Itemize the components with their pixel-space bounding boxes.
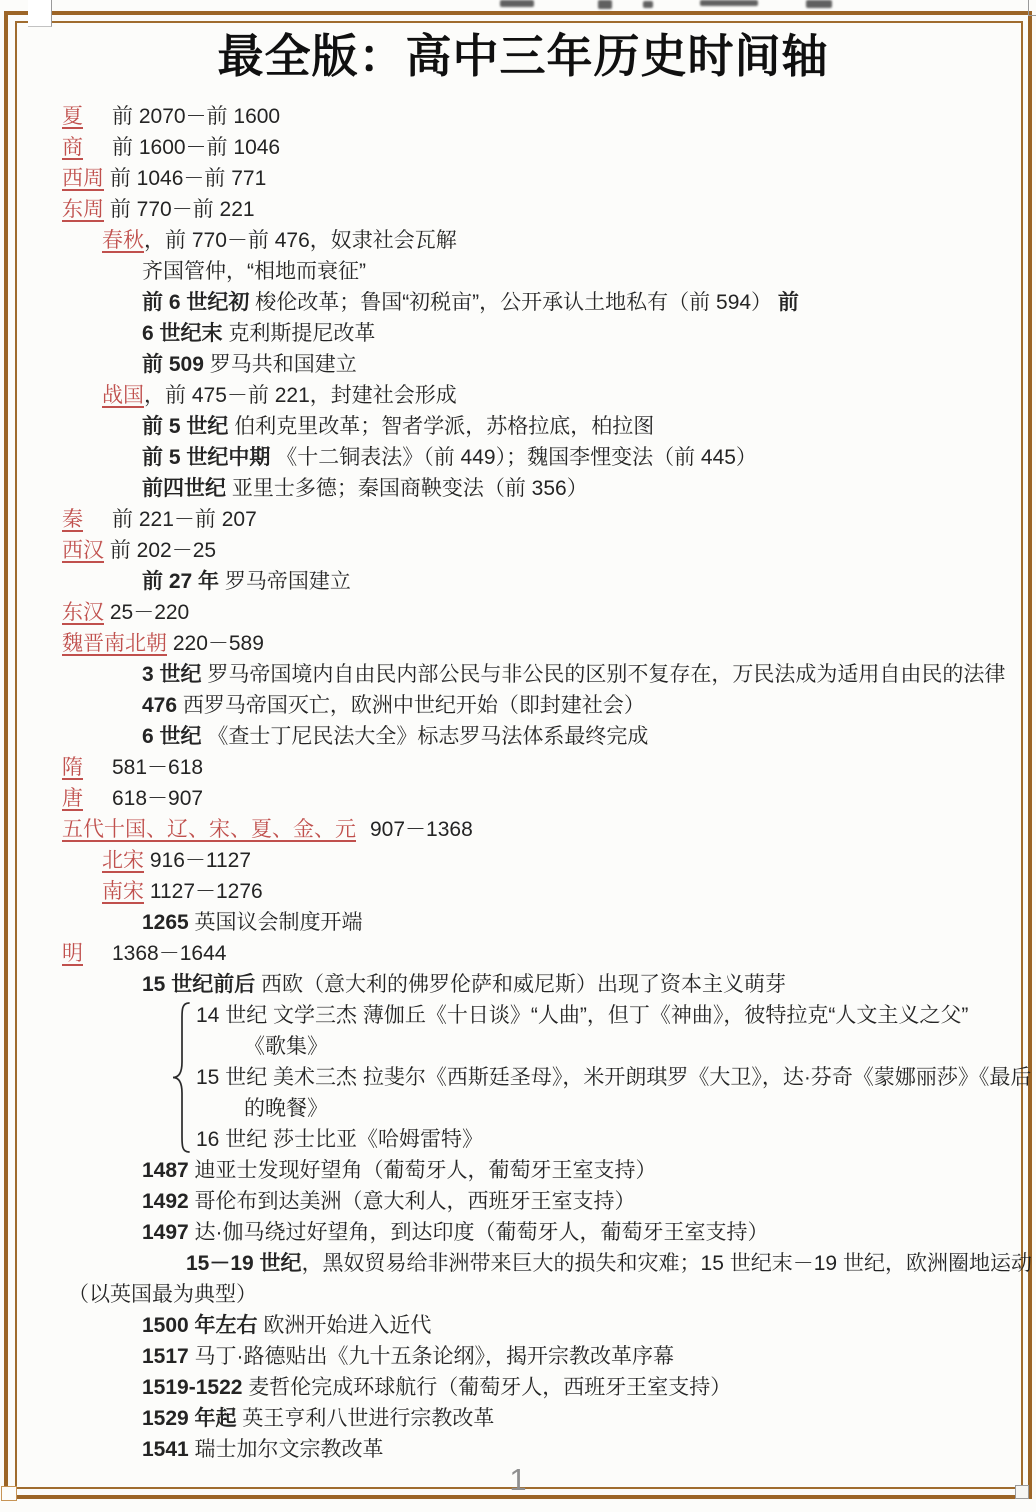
timeline-text: 罗马帝国建立: [219, 570, 351, 593]
timeline-row: 前四世纪 亚里士多德；秦国商鞅变法（前 356）: [28, 473, 1018, 504]
timeline-row: 魏晋南北朝 220－589: [28, 628, 1018, 659]
timeline-row: 15 世纪 美术三杰 拉斐尔《西斯廷圣母》，米开朗琪罗《大卫》，达·芬奇《蒙娜丽…: [194, 1062, 1031, 1093]
timeline-text: 马丁·路德贴出《九十五条论纲》，揭开宗教改革序幕: [189, 1345, 674, 1368]
timeline-text: （以英国最为典型）: [68, 1283, 257, 1306]
timeline-row: （以英国最为典型）: [28, 1279, 1018, 1310]
timeline-row: 1497 达·伽马绕过好望角，到达印度（葡萄牙人，葡萄牙王室支持）: [28, 1217, 1018, 1248]
timeline-row: 1541 瑞士加尔文宗教改革: [28, 1434, 1018, 1465]
timeline-text: 1127－1276: [144, 880, 263, 903]
timeline-text: 前 1046－前 771: [104, 167, 266, 190]
timeline-row: 1487 迪亚士发现好望角（葡萄牙人，葡萄牙王室支持）: [28, 1155, 1018, 1186]
timeline-text: 英国议会制度开端: [189, 911, 363, 934]
timeline-row: 西汉 前 202－25: [28, 535, 1018, 566]
timeline-text: 梭伦改革；鲁国“初税亩”，公开承认土地私有（前 594）: [249, 291, 772, 314]
timeline-row: 隋581－618: [28, 752, 1018, 783]
timeline-text: 前 5 世纪中期: [142, 446, 270, 469]
timeline-row: 6 世纪 《查士丁尼民法大全》标志罗马法体系最终完成: [28, 721, 1018, 752]
timeline-row: 前 509 罗马共和国建立: [28, 349, 1018, 380]
timeline-text: 1265: [142, 911, 189, 934]
timeline-row: 北宋 916－1127: [28, 845, 1018, 876]
dynasty-name: 五代十国、辽、宋、夏、金、元: [62, 818, 356, 841]
renaissance-brace-group: 14 世纪 文学三杰 薄伽丘《十日谈》“人曲”，但丁《神曲》，彼特拉克“人文主义…: [28, 1000, 1018, 1155]
page-title: 最全版：高中三年历史时间轴: [28, 20, 1018, 86]
timeline-row: 1265 英国议会制度开端: [28, 907, 1018, 938]
timeline-text: 的晚餐》: [244, 1097, 328, 1120]
timeline-row: 唐618－907: [28, 783, 1018, 814]
timeline-text: 瑞士加尔文宗教改革: [189, 1438, 384, 1461]
timeline-row: 15－19 世纪，黑奴贸易给非洲带来巨大的损失和灾难；15 世纪末－19 世纪，…: [28, 1248, 1018, 1279]
timeline-text: 罗马帝国境内自由民内部公民与非公民的区别不复存在，万民法成为适用自由民的法律: [202, 663, 1006, 686]
timeline-row: 的晚餐》: [194, 1093, 1031, 1124]
timeline-text: 前四世纪: [142, 477, 226, 500]
timeline-text: 476: [142, 694, 177, 717]
timeline-text: 6 世纪: [142, 725, 202, 748]
timeline-text: 前 221－前 207: [112, 508, 257, 531]
timeline-row: 前 5 世纪 伯利克里改革；智者学派，苏格拉底，柏拉图: [28, 411, 1018, 442]
timeline-text: 907－1368: [370, 818, 473, 841]
dynasty-name: 秦: [62, 504, 112, 535]
timeline-row: 1492 哥伦布到达美洲（意大利人，西班牙王室支持）: [28, 1186, 1018, 1217]
timeline-text: 1497: [142, 1221, 189, 1244]
timeline-text: 《十二铜表法》（前 449）；魏国李悝变法（前 445）: [270, 446, 757, 469]
dynasty-name: 东周: [62, 198, 104, 221]
timeline-text: 14 世纪 文学三杰 薄伽丘《十日谈》“人曲”，但丁《神曲》，彼特拉克“人文主义…: [196, 1004, 968, 1027]
timeline-text: 欧洲开始进入近代: [258, 1314, 432, 1337]
dynasty-name: 隋: [62, 752, 112, 783]
timeline-text: 618－907: [112, 787, 203, 810]
timeline-row: 14 世纪 文学三杰 薄伽丘《十日谈》“人曲”，但丁《神曲》，彼特拉克“人文主义…: [194, 1000, 1031, 1031]
dynasty-name: 商: [62, 132, 112, 163]
timeline-text: 伯利克里改革；智者学派，苏格拉底，柏拉图: [228, 415, 654, 438]
dynasty-name: 魏晋南北朝: [62, 632, 167, 655]
timeline-row: 五代十国、辽、宋、夏、金、元907－1368: [28, 814, 1018, 845]
timeline-text: 前 202－25: [104, 539, 216, 562]
timeline-text: 前 1600－前 1046: [112, 136, 280, 159]
document-content: 最全版：高中三年历史时间轴 夏前 2070－前 1600商前 1600－前 10…: [28, 0, 1018, 1465]
timeline-text: 前 509: [142, 353, 204, 376]
timeline-text: 《歌集》: [244, 1035, 328, 1058]
timeline-text: 1368－1644: [112, 942, 226, 965]
timeline-row: 前 27 年 罗马帝国建立: [28, 566, 1018, 597]
timeline-text: 前 5 世纪: [142, 415, 228, 438]
dynasty-name: 战国: [102, 384, 144, 407]
timeline-text: 罗马共和国建立: [204, 353, 357, 376]
dynasty-name: 东汉: [62, 601, 104, 624]
timeline-row: 齐国管仲，“相地而衰征”: [28, 256, 1018, 287]
timeline-text: ，前 770－前 476，奴隶社会瓦解: [144, 229, 457, 252]
timeline-text: 1519-1522: [142, 1376, 242, 1399]
timeline-text: 16 世纪 莎士比亚《哈姆雷特》: [196, 1128, 483, 1151]
scan-artifact: [1028, 0, 1036, 16]
timeline-row: 1519-1522 麦哲伦完成环球航行（葡萄牙人，西班牙王室支持）: [28, 1372, 1018, 1403]
dynasty-name: 西汉: [62, 539, 104, 562]
timeline-text: 西欧（意大利的佛罗伦萨和威尼斯）出现了资本主义萌芽: [255, 973, 786, 996]
timeline-row: 东汉 25－220: [28, 597, 1018, 628]
timeline-row: 前 5 世纪中期 《十二铜表法》（前 449）；魏国李悝变法（前 445）: [28, 442, 1018, 473]
timeline-text: 3 世纪: [142, 663, 202, 686]
timeline-text: 1529 年起: [142, 1407, 237, 1430]
dynasty-name: 夏: [62, 101, 112, 132]
timeline-row: 1517 马丁·路德贴出《九十五条论纲》，揭开宗教改革序幕: [28, 1341, 1018, 1372]
timeline-text: 1541: [142, 1438, 189, 1461]
timeline-row: 15 世纪前后 西欧（意大利的佛罗伦萨和威尼斯）出现了资本主义萌芽: [28, 969, 1018, 1000]
timeline-row: 6 世纪末 克利斯提尼改革: [28, 318, 1018, 349]
timeline-row: 战国，前 475－前 221，封建社会形成: [28, 380, 1018, 411]
timeline-text: 《查士丁尼民法大全》标志罗马法体系最终完成: [202, 725, 649, 748]
brace-column: 14 世纪 文学三杰 薄伽丘《十日谈》“人曲”，但丁《神曲》，彼特拉克“人文主义…: [194, 1000, 1031, 1155]
timeline-text: 麦哲伦完成环球航行（葡萄牙人，西班牙王室支持）: [242, 1376, 731, 1399]
timeline: 夏前 2070－前 1600商前 1600－前 1046西周 前 1046－前 …: [28, 101, 1018, 1465]
timeline-text: 1492: [142, 1190, 189, 1213]
timeline-text: 6 世纪末: [142, 322, 223, 345]
timeline-row: 16 世纪 莎士比亚《哈姆雷特》: [194, 1124, 1031, 1155]
timeline-text: 达·伽马绕过好望角，到达印度（葡萄牙人，葡萄牙王室支持）: [189, 1221, 769, 1244]
timeline-row: 476 西罗马帝国灭亡，欧洲中世纪开始（即封建社会）: [28, 690, 1018, 721]
timeline-text: 581－618: [112, 756, 203, 779]
dynasty-name: 明: [62, 938, 112, 969]
timeline-text: 西罗马帝国灭亡，欧洲中世纪开始（即封建社会）: [177, 694, 645, 717]
timeline-text: 220－589: [167, 632, 264, 655]
dynasty-name: 唐: [62, 783, 112, 814]
dynasty-name: 南宋: [102, 880, 144, 903]
timeline-text: 1517: [142, 1345, 189, 1368]
timeline-text: 齐国管仲，“相地而衰征”: [142, 260, 366, 283]
dynasty-name: 春秋: [102, 229, 144, 252]
dynasty-name: 北宋: [102, 849, 144, 872]
timeline-text: 25－220: [104, 601, 189, 624]
left-brace-icon: [170, 1000, 194, 1155]
timeline-text: 1500 年左右: [142, 1314, 258, 1337]
page-number: 1: [0, 1462, 1036, 1498]
timeline-row: 《歌集》: [194, 1031, 1031, 1062]
timeline-row: 东周 前 770－前 221: [28, 194, 1018, 225]
timeline-text: 亚里士多德；秦国商鞅变法（前 356）: [226, 477, 588, 500]
timeline-text: 前 770－前 221: [104, 198, 255, 221]
timeline-row: 南宋 1127－1276: [28, 876, 1018, 907]
timeline-row: 夏前 2070－前 1600: [28, 101, 1018, 132]
timeline-text: 15 世纪 美术三杰 拉斐尔《西斯廷圣母》，米开朗琪罗《大卫》，达·芬奇《蒙娜丽…: [196, 1066, 1031, 1089]
timeline-row: 3 世纪 罗马帝国境内自由民内部公民与非公民的区别不复存在，万民法成为适用自由民…: [28, 659, 1018, 690]
timeline-row: 西周 前 1046－前 771: [28, 163, 1018, 194]
timeline-row: 明1368－1644: [28, 938, 1018, 969]
timeline-text: 前 27 年: [142, 570, 219, 593]
dynasty-name: 西周: [62, 167, 104, 190]
timeline-row: 商前 1600－前 1046: [28, 132, 1018, 163]
timeline-row: 春秋，前 770－前 476，奴隶社会瓦解: [28, 225, 1018, 256]
timeline-text: 15 世纪前后: [142, 973, 255, 996]
timeline-text: 前 2070－前 1600: [112, 105, 280, 128]
timeline-text: 前: [772, 291, 799, 314]
timeline-text: 迪亚士发现好望角（葡萄牙人，葡萄牙王室支持）: [189, 1159, 657, 1182]
timeline-text: 916－1127: [144, 849, 251, 872]
timeline-text: 哥伦布到达美洲（意大利人，西班牙王室支持）: [189, 1190, 636, 1213]
timeline-row: 1500 年左右 欧洲开始进入近代: [28, 1310, 1018, 1341]
timeline-text: ，黑奴贸易给非洲带来巨大的损失和灾难；15 世纪末－19 世纪，欧洲圈地运动: [302, 1252, 1032, 1275]
timeline-text: 15－19 世纪: [186, 1252, 302, 1275]
timeline-row: 前 6 世纪初 梭伦改革；鲁国“初税亩”，公开承认土地私有（前 594） 前: [28, 287, 1018, 318]
document-page: 最全版：高中三年历史时间轴 夏前 2070－前 1600商前 1600－前 10…: [0, 0, 1036, 1512]
timeline-text: 英王亨利八世进行宗教改革: [237, 1407, 495, 1430]
timeline-text: 1487: [142, 1159, 189, 1182]
timeline-text: 克利斯提尼改革: [223, 322, 376, 345]
timeline-text: ，前 475－前 221，封建社会形成: [144, 384, 457, 407]
timeline-text: 前 6 世纪初: [142, 291, 249, 314]
timeline-row: 秦前 221－前 207: [28, 504, 1018, 535]
timeline-row: 1529 年起 英王亨利八世进行宗教改革: [28, 1403, 1018, 1434]
